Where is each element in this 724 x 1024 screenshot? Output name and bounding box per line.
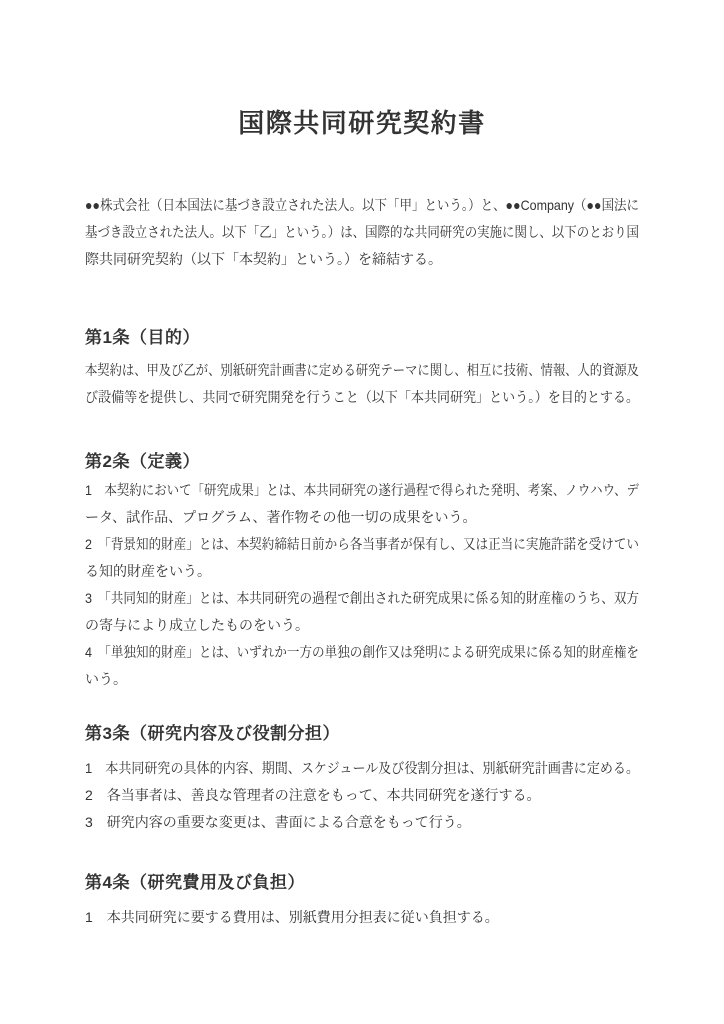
article-1-body: 本契約は、甲及び乙が、別紙研究計画書に定める研究テーマに関し、相互に技術、情報、… <box>85 357 639 411</box>
document-content: 国際共同研究契約書 ●●株式会社（日本国法に基づき設立された法人。以下「甲」とい… <box>0 104 724 931</box>
preamble-line: ●●株式会社（日本国法に基づき設立された法人。以下「甲」という。）と、●●Com… <box>85 192 639 219</box>
preamble-line: 際共同研究契約（以下「本契約」という。）を締結する。 <box>85 246 639 273</box>
article-4-body: 1 本共同研究に要する費用は、別紙費用分担表に従い負担する。 <box>85 904 639 931</box>
article-body-line: の寄与により成立したものをいう。 <box>85 612 639 639</box>
article-3-body: 1 本共同研究の具体的内容、期間、スケジュール及び役割分担は、別紙研究計画書に定… <box>85 755 639 836</box>
article-body-line: 3 「共同知的財産」とは、本共同研究の過程で創出された研究成果に係る知的財産権の… <box>85 585 639 612</box>
article-3-heading: 第3条（研究内容及び役割分担） <box>85 721 639 747</box>
article-body-line: 1 本共同研究に要する費用は、別紙費用分担表に従い負担する。 <box>85 904 639 931</box>
article-body-line: 1 本共同研究の具体的内容、期間、スケジュール及び役割分担は、別紙研究計画書に定… <box>85 755 639 782</box>
article-body-line: 本契約は、甲及び乙が、別紙研究計画書に定める研究テーマに関し、相互に技術、情報、… <box>85 357 639 384</box>
article-body-line: 4 「単独知的財産」とは、いずれか一方の単独の創作又は発明による研究成果に係る知… <box>85 639 639 666</box>
document-title: 国際共同研究契約書 <box>85 104 639 142</box>
article-2-heading: 第2条（定義） <box>85 449 639 475</box>
document-page: 国際共同研究契約書 ●●株式会社（日本国法に基づき設立された法人。以下「甲」とい… <box>0 0 724 1024</box>
article-body-line: 1 本契約において「研究成果」とは、本共同研究の遂行過程で得られた発明、考案、ノ… <box>85 477 639 504</box>
article-body-line: ータ、試作品、プログラム、著作物その他一切の成果をいう。 <box>85 504 639 531</box>
article-2-body: 1 本契約において「研究成果」とは、本共同研究の遂行過程で得られた発明、考案、ノ… <box>85 477 639 693</box>
article-body-line: 2 「背景知的財産」とは、本契約締結日前から各当事者が保有し、又は正当に実施許諾… <box>85 531 639 558</box>
article-body-line: る知的財産をいう。 <box>85 558 639 585</box>
article-body-line: 3 研究内容の重要な変更は、書面による合意をもって行う。 <box>85 809 639 836</box>
preamble-line: 基づき設立された法人。以下「乙」という。）は、国際的な共同研究の実施に関し、以下… <box>85 219 639 246</box>
preamble: ●●株式会社（日本国法に基づき設立された法人。以下「甲」という。）と、●●Com… <box>85 192 639 273</box>
article-1-heading: 第1条（目的） <box>85 325 639 351</box>
article-body-line: いう。 <box>85 666 639 693</box>
article-body-line: 2 各当事者は、善良な管理者の注意をもって、本共同研究を遂行する。 <box>85 782 639 809</box>
article-4-heading: 第4条（研究費用及び負担） <box>85 870 639 896</box>
article-body-line: び設備等を提供し、共同で研究開発を行うこと（以下「本共同研究」という。）を目的と… <box>85 384 639 411</box>
